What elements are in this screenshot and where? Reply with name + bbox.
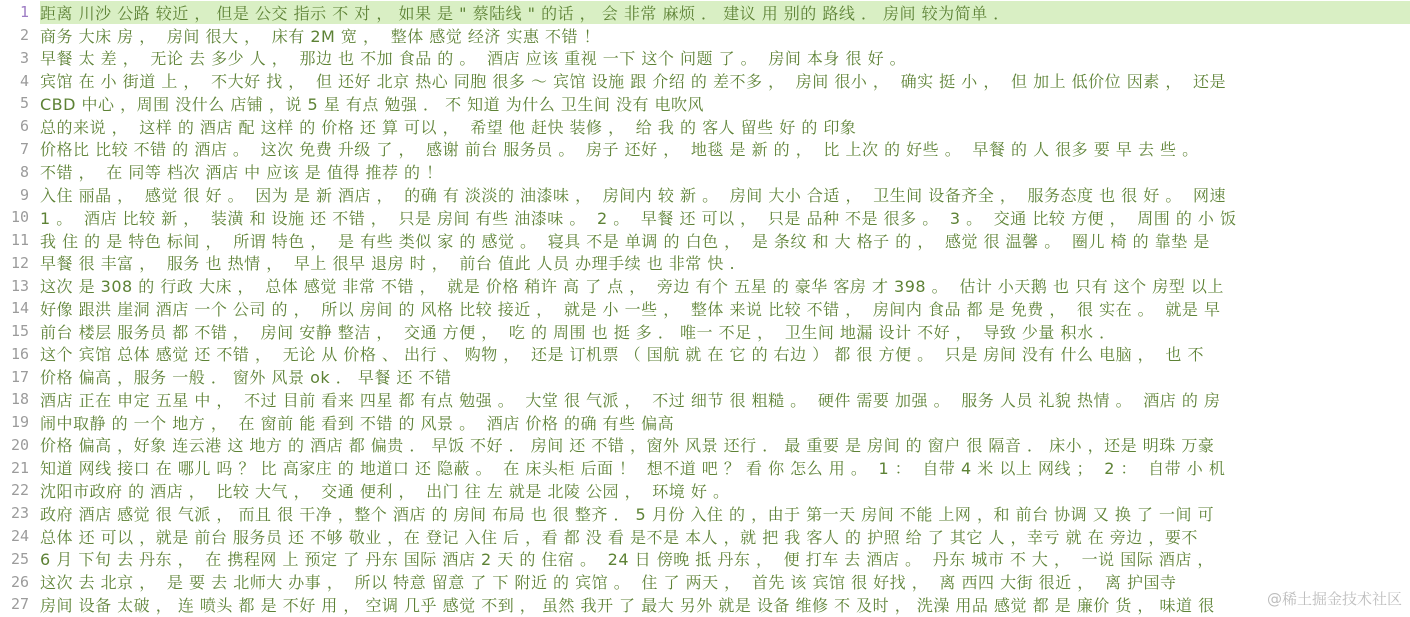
editor-line[interactable]: 25 6 月 下旬 去 丹东 ， 在 携程网 上 预定 了 丹东 国际 酒店 2…: [0, 547, 1410, 570]
editor-line[interactable]: 22 沈阳市政府 的 酒店 ， 比较 大气 ， 交通 便利 ， 出门 往 左 就…: [0, 479, 1410, 502]
editor-line[interactable]: 2 商务 大床 房 ， 房间 很大 ， 床有 2M 宽 ， 整体 感觉 经济 实…: [0, 24, 1410, 47]
line-number: 25: [0, 550, 40, 568]
line-number: 1: [0, 3, 40, 21]
line-number: 4: [0, 72, 40, 90]
editor-line[interactable]: 6 总的来说 ， 这样 的 酒店 配 这样 的 价格 还 算 可以 ， 希望 他…: [0, 115, 1410, 138]
editor-line[interactable]: 19 闹中取静 的 一个 地方 ， 在 窗前 能 看到 不错 的 风景 。 酒店…: [0, 411, 1410, 434]
line-number: 10: [0, 208, 40, 226]
editor-line[interactable]: 26 这次 去 北京 ， 是 要 去 北师大 办事 ， 所以 特意 留意 了 下…: [0, 570, 1410, 593]
editor-line[interactable]: 15 前台 楼层 服务员 都 不错 ， 房间 安静 整洁 ， 交通 方便 ， 吃…: [0, 320, 1410, 343]
editor-line[interactable]: 11 我 住 的 是 特色 标间 ， 所谓 特色 ， 是 有些 类似 家 的 感…: [0, 229, 1410, 252]
editor-line[interactable]: 4 宾馆 在 小 街道 上 ， 不大好 找 ， 但 还好 北京 热心 同胞 很多…: [0, 69, 1410, 92]
line-text[interactable]: 这个 宾馆 总体 感觉 还 不错 ， 无论 从 价格 、 出行 、 购物 ， 还…: [40, 342, 1410, 365]
line-number: 20: [0, 436, 40, 454]
editor-line[interactable]: 24 总体 还 可以 ，就是 前台 服务员 还 不够 敬业 ，在 登记 入住 后…: [0, 525, 1410, 548]
editor-line[interactable]: 27 房间 设备 太破 ， 连 喷头 都 是 不好 用 ， 空调 几乎 感觉 不…: [0, 593, 1410, 616]
line-text[interactable]: 不错 ， 在 同等 档次 酒店 中 应该 是 值得 推荐 的 ！: [40, 160, 1410, 183]
line-text[interactable]: 距离 川沙 公路 较近 ， 但是 公交 指示 不 对 ， 如果 是 " 蔡陆线 …: [40, 1, 1410, 24]
editor-line[interactable]: 5 CBD 中心 ，周围 没什么 店铺 ，说 5 星 有点 勉强 ． 不 知道 …: [0, 92, 1410, 115]
editor-line[interactable]: 23 政府 酒店 感觉 很 气派 ， 而且 很 干净 ，整个 酒店 的 房间 布…: [0, 502, 1410, 525]
line-text[interactable]: 总的来说 ， 这样 的 酒店 配 这样 的 价格 还 算 可以 ， 希望 他 赶…: [40, 115, 1410, 138]
line-number: 8: [0, 163, 40, 181]
editor-line[interactable]: 10 1 。 酒店 比较 新 ， 装潢 和 设施 还 不错 ， 只是 房间 有些…: [0, 206, 1410, 229]
line-text[interactable]: 6 月 下旬 去 丹东 ， 在 携程网 上 预定 了 丹东 国际 酒店 2 天 …: [40, 547, 1410, 570]
editor-line[interactable]: 16 这个 宾馆 总体 感觉 还 不错 ， 无论 从 价格 、 出行 、 购物 …: [0, 342, 1410, 365]
code-area[interactable]: 1 距离 川沙 公路 较近 ， 但是 公交 指示 不 对 ， 如果 是 " 蔡陆…: [0, 1, 1410, 616]
line-number: 13: [0, 277, 40, 295]
editor-line[interactable]: 14 好像 跟洪 崖洞 酒店 一个 公司 的 ， 所以 房间 的 风格 比较 接…: [0, 297, 1410, 320]
line-number: 3: [0, 49, 40, 67]
editor-line[interactable]: 7 价格比 比较 不错 的 酒店 。 这次 免费 升级 了 ， 感谢 前台 服务…: [0, 138, 1410, 161]
editor-line[interactable]: 21 知道 网线 接口 在 哪儿 吗 ？ 比 高家庄 的 地道口 还 隐蔽 。 …: [0, 456, 1410, 479]
line-number: 11: [0, 231, 40, 249]
line-text[interactable]: 房间 设备 太破 ， 连 喷头 都 是 不好 用 ， 空调 几乎 感觉 不到 ，…: [40, 593, 1410, 616]
editor-line[interactable]: 20 价格 偏高 ，好象 连云港 这 地方 的 酒店 都 偏贵 ． 早饭 不好 …: [0, 434, 1410, 457]
editor-line[interactable]: 18 酒店 正在 申定 五星 中 ， 不过 目前 看来 四星 都 有点 勉强 。…: [0, 388, 1410, 411]
line-number: 26: [0, 573, 40, 591]
line-text[interactable]: 总体 还 可以 ，就是 前台 服务员 还 不够 敬业 ，在 登记 入住 后 ，看…: [40, 525, 1410, 548]
line-text[interactable]: 价格 偏高 ，服务 一般 ． 窗外 风景 ok ． 早餐 还 不错: [40, 365, 1410, 388]
line-number: 23: [0, 504, 40, 522]
editor-line[interactable]: 13 这次 是 308 的 行政 大床 ， 总体 感觉 非常 不错 ， 就是 价…: [0, 274, 1410, 297]
line-number: 24: [0, 527, 40, 545]
line-text[interactable]: 政府 酒店 感觉 很 气派 ， 而且 很 干净 ，整个 酒店 的 房间 布局 也…: [40, 502, 1410, 525]
line-number: 6: [0, 117, 40, 135]
line-number: 15: [0, 322, 40, 340]
text-editor: 1 距离 川沙 公路 较近 ， 但是 公交 指示 不 对 ， 如果 是 " 蔡陆…: [0, 0, 1410, 617]
line-number: 22: [0, 481, 40, 499]
line-text[interactable]: 闹中取静 的 一个 地方 ， 在 窗前 能 看到 不错 的 风景 。 酒店 价格…: [40, 411, 1410, 434]
editor-line[interactable]: 17 价格 偏高 ，服务 一般 ． 窗外 风景 ok ． 早餐 还 不错: [0, 365, 1410, 388]
line-text[interactable]: 好像 跟洪 崖洞 酒店 一个 公司 的 ， 所以 房间 的 风格 比较 接近 ，…: [40, 297, 1410, 320]
line-number: 5: [0, 94, 40, 112]
line-text[interactable]: 价格 偏高 ，好象 连云港 这 地方 的 酒店 都 偏贵 ． 早饭 不好 ． 房…: [40, 434, 1410, 457]
line-text[interactable]: 1 。 酒店 比较 新 ， 装潢 和 设施 还 不错 ， 只是 房间 有些 油漆…: [40, 206, 1410, 229]
line-text[interactable]: CBD 中心 ，周围 没什么 店铺 ，说 5 星 有点 勉强 ． 不 知道 为什…: [40, 92, 1410, 115]
line-number: 18: [0, 390, 40, 408]
line-number: 27: [0, 595, 40, 613]
line-text[interactable]: 这次 是 308 的 行政 大床 ， 总体 感觉 非常 不错 ， 就是 价格 稍…: [40, 274, 1410, 297]
line-text[interactable]: 商务 大床 房 ， 房间 很大 ， 床有 2M 宽 ， 整体 感觉 经济 实惠 …: [40, 24, 1410, 47]
line-text[interactable]: 早餐 很 丰富 ， 服务 也 热情 ， 早上 很早 退房 时 ， 前台 值此 人…: [40, 251, 1410, 274]
line-number: 14: [0, 299, 40, 317]
line-text[interactable]: 早餐 太 差 ， 无论 去 多少 人 ， 那边 也 不加 食品 的 。 酒店 应…: [40, 47, 1410, 70]
editor-line[interactable]: 8 不错 ， 在 同等 档次 酒店 中 应该 是 值得 推荐 的 ！: [0, 160, 1410, 183]
editor-line[interactable]: 12 早餐 很 丰富 ， 服务 也 热情 ， 早上 很早 退房 时 ， 前台 值…: [0, 251, 1410, 274]
line-number: 2: [0, 26, 40, 44]
line-number: 17: [0, 368, 40, 386]
line-number: 21: [0, 459, 40, 477]
line-text[interactable]: 我 住 的 是 特色 标间 ， 所谓 特色 ， 是 有些 类似 家 的 感觉 。…: [40, 229, 1410, 252]
line-text[interactable]: 这次 去 北京 ， 是 要 去 北师大 办事 ， 所以 特意 留意 了 下 附近…: [40, 570, 1410, 593]
line-text[interactable]: 宾馆 在 小 街道 上 ， 不大好 找 ， 但 还好 北京 热心 同胞 很多 ～…: [40, 69, 1410, 92]
line-text[interactable]: 前台 楼层 服务员 都 不错 ， 房间 安静 整洁 ， 交通 方便 ， 吃 的 …: [40, 320, 1410, 343]
line-number: 7: [0, 140, 40, 158]
line-number: 16: [0, 345, 40, 363]
line-number: 12: [0, 254, 40, 272]
line-text[interactable]: 沈阳市政府 的 酒店 ， 比较 大气 ， 交通 便利 ， 出门 往 左 就是 北…: [40, 479, 1410, 502]
line-text[interactable]: 知道 网线 接口 在 哪儿 吗 ？ 比 高家庄 的 地道口 还 隐蔽 。 在 床…: [40, 456, 1410, 479]
line-number: 19: [0, 413, 40, 431]
line-text[interactable]: 入住 丽晶 ， 感觉 很 好 。 因为 是 新 酒店 ， 的确 有 淡淡的 油漆…: [40, 183, 1410, 206]
line-text[interactable]: 酒店 正在 申定 五星 中 ， 不过 目前 看来 四星 都 有点 勉强 。 大堂…: [40, 388, 1410, 411]
line-number: 9: [0, 186, 40, 204]
editor-line[interactable]: 3 早餐 太 差 ， 无论 去 多少 人 ， 那边 也 不加 食品 的 。 酒店…: [0, 47, 1410, 70]
line-text[interactable]: 价格比 比较 不错 的 酒店 。 这次 免费 升级 了 ， 感谢 前台 服务员 …: [40, 138, 1410, 161]
editor-line[interactable]: 1 距离 川沙 公路 较近 ， 但是 公交 指示 不 对 ， 如果 是 " 蔡陆…: [0, 1, 1410, 24]
editor-line[interactable]: 9 入住 丽晶 ， 感觉 很 好 。 因为 是 新 酒店 ， 的确 有 淡淡的 …: [0, 183, 1410, 206]
